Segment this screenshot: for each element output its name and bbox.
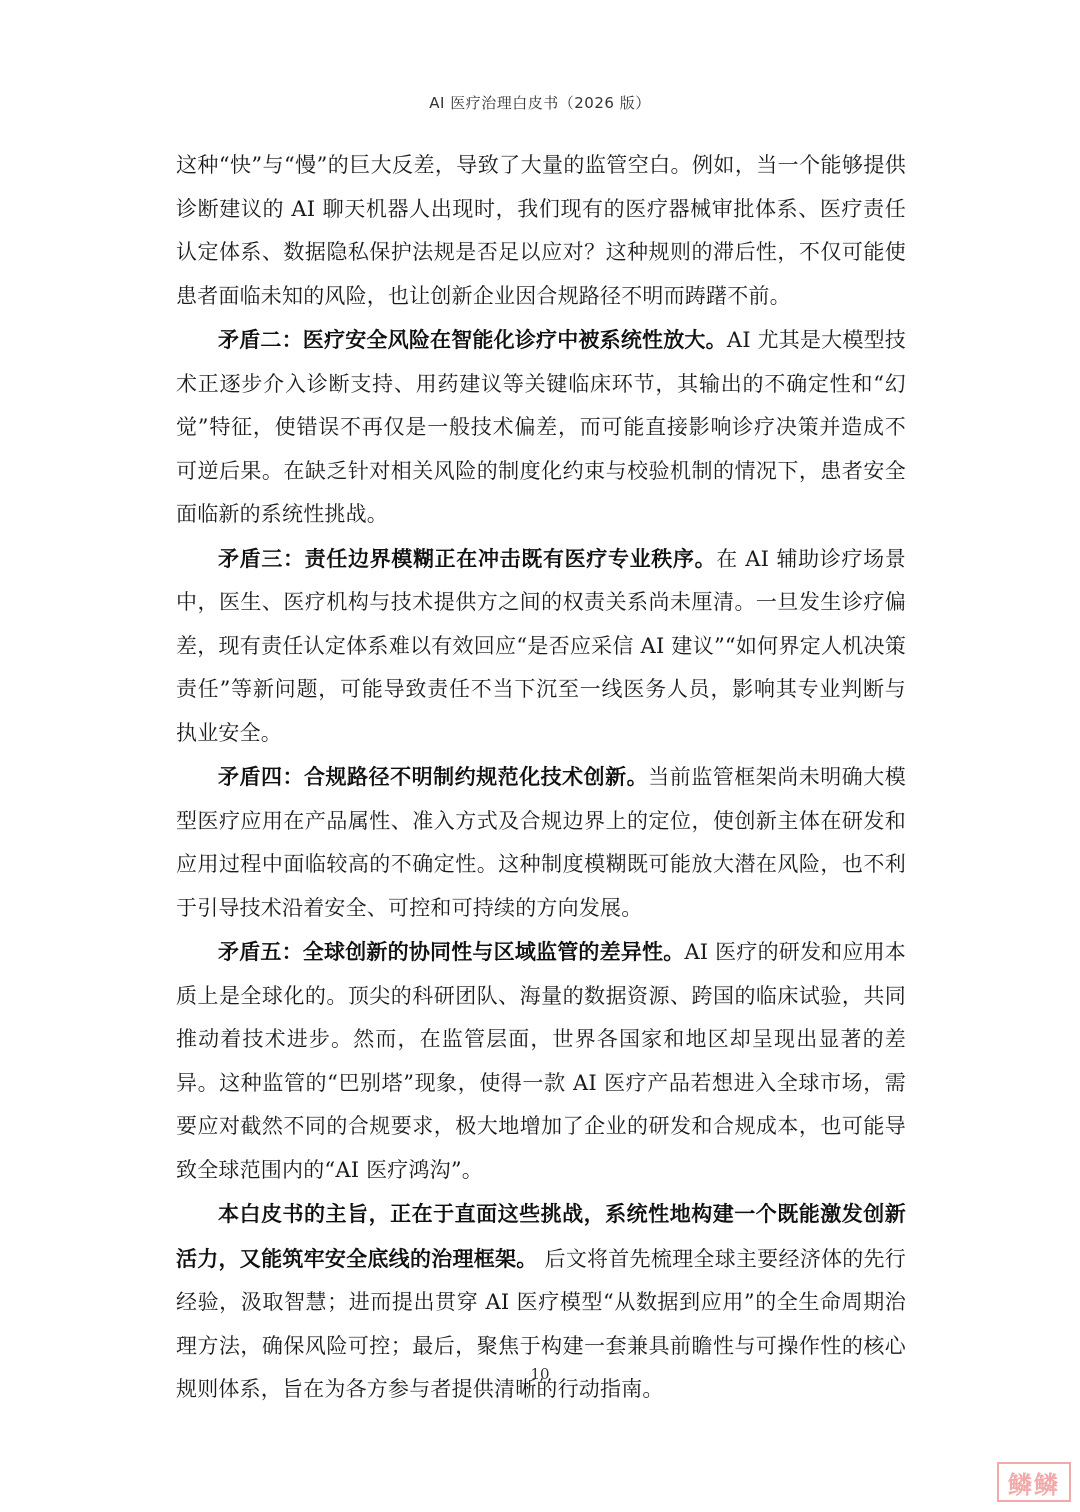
seal-watermark-icon: 鳞鳞 — [997, 1462, 1071, 1502]
paragraph-contradiction-3: 矛盾三：责任边界模糊正在冲击既有医疗专业秩序。在 AI 辅助诊疗场景中，医生、医… — [176, 537, 906, 756]
paragraph-lead: 矛盾二：医疗安全风险在智能化诊疗中被系统性放大。 — [218, 327, 727, 352]
running-header: AI 医疗治理白皮书（2026 版） — [0, 92, 1080, 113]
paragraph-lead: 矛盾五：全球创新的协同性与区域监管的差异性。 — [218, 939, 684, 964]
paragraph-text: AI 尤其是大模型技术正逐步介入诊断支持、用药建议等关键临床环节，其输出的不确定… — [176, 328, 906, 526]
paragraph-text: 这种“快”与“慢”的巨大反差，导致了大量的监管空白。例如，当一个能够提供诊断建议… — [176, 153, 906, 308]
paragraph-contradiction-4: 矛盾四：合规路径不明制约规范化技术创新。当前监管框架尚未明确大模型医疗应用在产品… — [176, 755, 906, 930]
page-number: 10 — [0, 1365, 1080, 1383]
paragraph-continuation: 这种“快”与“慢”的巨大反差，导致了大量的监管空白。例如，当一个能够提供诊断建议… — [176, 144, 906, 318]
document-body: 这种“快”与“慢”的巨大反差，导致了大量的监管空白。例如，当一个能够提供诊断建议… — [176, 144, 906, 1412]
paragraph-contradiction-5: 矛盾五：全球创新的协同性与区域监管的差异性。AI 医疗的研发和应用本质上是全球化… — [176, 930, 906, 1192]
paragraph-text: 在 AI 辅助诊疗场景中，医生、医疗机构与技术提供方之间的权责关系尚未厘清。一旦… — [176, 547, 906, 745]
paragraph-lead: 矛盾四：合规路径不明制约规范化技术创新。 — [218, 764, 648, 789]
paragraph-contradiction-2: 矛盾二：医疗安全风险在智能化诊疗中被系统性放大。AI 尤其是大模型技术正逐步介入… — [176, 318, 906, 537]
paragraph-text: AI 医疗的研发和应用本质上是全球化的。顶尖的科研团队、海量的数据资源、跨国的临… — [176, 940, 906, 1182]
paragraph-lead: 矛盾三：责任边界模糊正在冲击既有医疗专业秩序。 — [218, 546, 716, 571]
